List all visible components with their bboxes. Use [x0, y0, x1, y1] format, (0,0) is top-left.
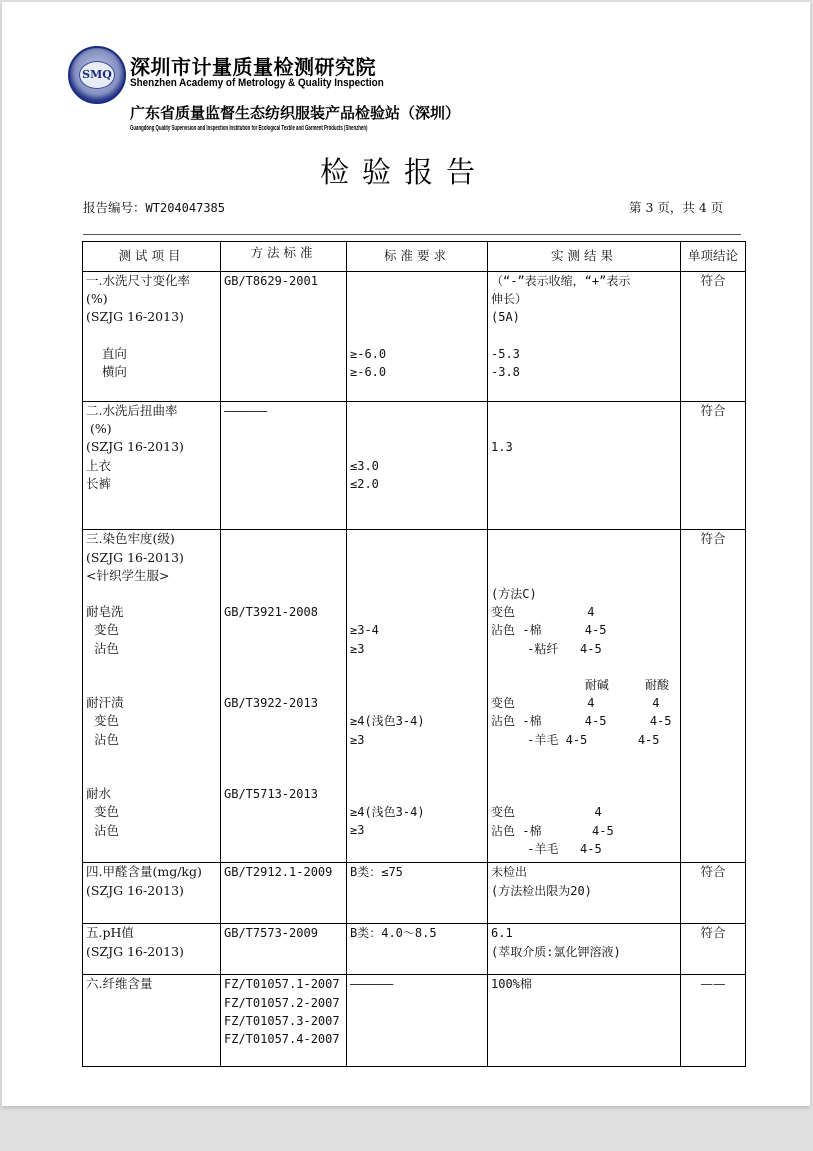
method-line: GB/T2912.1-2009	[224, 863, 343, 881]
method-line	[224, 640, 343, 658]
org-name-en: Shenzhen Academy of Metrology & Quality …	[130, 77, 384, 89]
requirement-line: ≥4(浅色3-4)	[350, 712, 484, 730]
requirement-line: ≤3.0	[350, 457, 484, 475]
method-line	[224, 549, 343, 567]
test-item-cell: 三.染色牢度(级)(SZJG 16-2013)<针织学生服>耐皂洗 变色 沾色耐…	[83, 530, 221, 863]
station-name-en: Guangdong Quality Supervision and Inspec…	[130, 125, 367, 132]
test-item-line	[86, 749, 217, 767]
report-number: 报告编号：WT204047385	[83, 198, 225, 216]
result-line: (方法C)	[491, 585, 677, 603]
method-line	[224, 749, 343, 767]
result-line: (萃取介质:氯化钾溶液)	[491, 943, 677, 961]
method-line: FZ/T01057.1-2007	[224, 975, 343, 993]
test-item-line	[86, 767, 217, 785]
method-line	[224, 530, 343, 548]
conclusion-text: 符合	[684, 272, 742, 290]
logo-text: SMQ	[79, 61, 115, 89]
requirement-line: ≥3	[350, 640, 484, 658]
requirement-cell: ≥3-4≥3≥4(浅色3-4)≥3≥4(浅色3-4)≥3	[347, 530, 488, 863]
result-line: 变色 4 4	[491, 694, 677, 712]
method-cell: ——————	[221, 402, 347, 530]
test-item-line	[86, 1012, 217, 1030]
test-item-line: 变色	[86, 621, 217, 639]
method-line: GB/T8629-2001	[224, 272, 343, 290]
test-item-line: (SZJG 16-2013)	[86, 308, 217, 326]
method-line	[224, 712, 343, 730]
method-line	[224, 621, 343, 639]
test-item-line: 四.甲醛含量(mg/kg)	[86, 863, 217, 881]
test-item-line	[86, 585, 217, 603]
conclusion-cell: 符合	[681, 530, 746, 863]
smq-logo-icon: SMQ	[68, 46, 126, 104]
method-line: GB/T7573-2009	[224, 924, 343, 942]
result-cell: 未检出(方法检出限为20)	[488, 863, 681, 924]
requirement-line: B类：≤75	[350, 863, 484, 881]
result-line: 沾色 -棉 4-5	[491, 822, 677, 840]
header-result: 实测结果	[488, 242, 681, 272]
test-item-line	[86, 994, 217, 1012]
result-line: -羊毛 4-5 4-5	[491, 731, 677, 749]
conclusion-cell: 符合	[681, 924, 746, 975]
test-item-line	[86, 381, 217, 399]
test-item-line: 沾色	[86, 731, 217, 749]
table-header-row: 测试项目 方法标准 标准要求 实测结果 单项结论	[83, 242, 746, 272]
table-row-spirality: 二.水洗后扭曲率 (%)(SZJG 16-2013)上衣长裤——————≤3.0…	[83, 402, 746, 530]
page-info: 第 3 页，共 4 页	[629, 198, 723, 216]
test-item-line: <针织学生服>	[86, 567, 217, 585]
report-page: SMQ 深圳市计量质量检测研究院 Shenzhen Academy of Met…	[2, 2, 810, 1106]
test-item-line	[86, 1048, 217, 1066]
requirement-line: ≥3-4	[350, 621, 484, 639]
test-item-line: 六.纤维含量	[86, 975, 217, 993]
method-line	[224, 567, 343, 585]
method-cell: GB/T2912.1-2009	[221, 863, 347, 924]
method-line: FZ/T01057.2-2007	[224, 994, 343, 1012]
test-item-line	[86, 1030, 217, 1048]
result-line: 1.3	[491, 438, 677, 456]
requirement-line	[350, 658, 484, 676]
test-item-cell: 六.纤维含量	[83, 975, 221, 1067]
requirement-line	[350, 290, 484, 308]
conclusion-text: 符合	[684, 924, 742, 942]
result-line	[491, 785, 677, 803]
result-line	[491, 420, 677, 438]
requirement-line	[350, 785, 484, 803]
result-cell: (方法C)变色 4沾色 -棉 4-5 -粘纤 4-5 耐碱 耐酸变色 4 4沾色…	[488, 530, 681, 863]
requirement-line: ——————	[350, 975, 484, 993]
requirement-line	[350, 420, 484, 438]
test-item-line: (%)	[86, 290, 217, 308]
test-item-line: (%)	[86, 420, 217, 438]
test-item-line: 沾色	[86, 822, 217, 840]
result-line	[491, 549, 677, 567]
requirement-line	[350, 694, 484, 712]
result-line	[491, 749, 677, 767]
conclusion-text: 符合	[684, 402, 742, 420]
page-title: 检验报告	[320, 150, 488, 191]
test-item-cell: 五.pH值(SZJG 16-2013)	[83, 924, 221, 975]
result-line: 变色 4	[491, 603, 677, 621]
result-line	[491, 767, 677, 785]
method-line	[224, 676, 343, 694]
test-item-line: 五.pH值	[86, 924, 217, 942]
test-item-line: 沾色	[86, 640, 217, 658]
result-line: （“-”表示收缩，“+”表示	[491, 272, 677, 290]
requirement-cell: ≥-6.0≥-6.0	[347, 272, 488, 402]
method-line: GB/T5713-2013	[224, 785, 343, 803]
method-line: FZ/T01057.3-2007	[224, 1012, 343, 1030]
requirement-line	[350, 438, 484, 456]
result-line: (方法检出限为20)	[491, 882, 677, 900]
test-item-line: 直向	[86, 345, 217, 363]
requirement-line: ≥-6.0	[350, 345, 484, 363]
result-line	[491, 327, 677, 345]
test-item-line: 横向	[86, 363, 217, 381]
test-item-line: (SZJG 16-2013)	[86, 882, 217, 900]
requirement-line	[350, 676, 484, 694]
method-line	[224, 730, 343, 748]
requirement-cell: B类：≤75	[347, 863, 488, 924]
test-item-line	[86, 900, 217, 918]
test-item-line: 变色	[86, 803, 217, 821]
test-item-line	[86, 511, 217, 529]
requirement-line	[350, 767, 484, 785]
header-conclusion: 单项结论	[681, 242, 746, 272]
requirement-line: ≥-6.0	[350, 363, 484, 381]
table-row-color-fastness: 三.染色牢度(级)(SZJG 16-2013)<针织学生服>耐皂洗 变色 沾色耐…	[83, 530, 746, 863]
test-item-line: (SZJG 16-2013)	[86, 549, 217, 567]
requirement-line	[350, 308, 484, 326]
requirement-line	[350, 272, 484, 290]
test-item-line	[86, 840, 217, 858]
result-line	[491, 658, 677, 676]
conclusion-cell: 符合	[681, 402, 746, 530]
result-line: 100%棉	[491, 975, 677, 993]
result-line: -羊毛 4-5	[491, 840, 677, 858]
result-line: 变色 4	[491, 803, 677, 821]
method-line	[224, 767, 343, 785]
header-test-item: 测试项目	[83, 242, 221, 272]
result-cell: 100%棉	[488, 975, 681, 1067]
method-line: ——————	[224, 402, 343, 420]
test-item-line	[86, 658, 217, 676]
method-cell: GB/T8629-2001	[221, 272, 347, 402]
result-line: 沾色 -棉 4-5 4-5	[491, 712, 677, 730]
method-line: FZ/T01057.4-2007	[224, 1030, 343, 1048]
header-method-standard: 方法标准	[221, 242, 347, 272]
result-line: 伸长）	[491, 290, 677, 308]
requirement-line	[350, 530, 484, 548]
result-line: 沾色 -棉 4-5	[491, 621, 677, 639]
method-line	[224, 585, 343, 603]
method-cell: GB/T3921-2008GB/T3922-2013GB/T5713-2013	[221, 530, 347, 863]
requirement-cell: B类：4.0～8.5	[347, 924, 488, 975]
test-item-line: 耐水	[86, 785, 217, 803]
requirement-line: ≥3	[350, 821, 484, 839]
requirement-line	[350, 549, 484, 567]
requirement-cell: ≤3.0≤2.0	[347, 402, 488, 530]
station-name-cn: 广东省质量监督生态纺织服装产品检验站（深圳）	[130, 102, 460, 123]
report-number-label: 报告编号：	[83, 200, 146, 215]
result-line: -5.3	[491, 345, 677, 363]
result-line: 未检出	[491, 863, 677, 881]
result-line	[491, 402, 677, 420]
result-line: -3.8	[491, 363, 677, 381]
test-item-cell: 四.甲醛含量(mg/kg)(SZJG 16-2013)	[83, 863, 221, 924]
test-item-line	[86, 327, 217, 345]
requirement-line	[350, 749, 484, 767]
test-item-cell: 二.水洗后扭曲率 (%)(SZJG 16-2013)上衣长裤	[83, 402, 221, 530]
requirement-line	[350, 327, 484, 345]
requirement-line: ≥4(浅色3-4)	[350, 803, 484, 821]
result-cell: （“-”表示收缩，“+”表示伸长）(5A)-5.3-3.8	[488, 272, 681, 402]
table-row-dimensional-change: 一.水洗尺寸变化率(%)(SZJG 16-2013) 直向 横向GB/T8629…	[83, 272, 746, 402]
test-item-line: 一.水洗尺寸变化率	[86, 272, 217, 290]
method-line: GB/T3922-2013	[224, 694, 343, 712]
requirement-line: ≤2.0	[350, 475, 484, 493]
conclusion-text: 符合	[684, 530, 742, 548]
test-item-line: 变色	[86, 712, 217, 730]
conclusion-cell: 符合	[681, 863, 746, 924]
result-line: 6.1	[491, 924, 677, 942]
conclusion-cell: 符合	[681, 272, 746, 402]
table-row-ph-value: 五.pH值(SZJG 16-2013)GB/T7573-2009B类：4.0～8…	[83, 924, 746, 975]
conclusion-text: 符合	[684, 863, 742, 881]
method-cell: FZ/T01057.1-2007FZ/T01057.2-2007FZ/T0105…	[221, 975, 347, 1067]
header-divider	[83, 234, 741, 235]
result-cell: 1.3	[488, 402, 681, 530]
method-line	[224, 658, 343, 676]
test-item-line: 耐皂洗	[86, 603, 217, 621]
requirement-line: B类：4.0～8.5	[350, 924, 484, 942]
test-item-line: 上衣	[86, 457, 217, 475]
test-item-line	[86, 676, 217, 694]
method-cell: GB/T7573-2009	[221, 924, 347, 975]
report-number-value: WT204047385	[146, 201, 225, 215]
test-results-table: 测试项目 方法标准 标准要求 实测结果 单项结论 一.水洗尺寸变化率(%)(SZ…	[82, 241, 746, 1067]
result-line	[491, 530, 677, 548]
requirement-line: ≥3	[350, 731, 484, 749]
test-item-line: 耐汗渍	[86, 694, 217, 712]
requirement-line	[350, 585, 484, 603]
test-item-line	[86, 493, 217, 511]
table-row-formaldehyde: 四.甲醛含量(mg/kg)(SZJG 16-2013)GB/T2912.1-20…	[83, 863, 746, 924]
org-name-cn: 深圳市计量质量检测研究院	[130, 51, 376, 80]
method-line: GB/T3921-2008	[224, 603, 343, 621]
table-row-fiber-content: 六.纤维含量FZ/T01057.1-2007FZ/T01057.2-2007FZ…	[83, 975, 746, 1067]
result-line: 耐碱 耐酸	[491, 676, 677, 694]
requirement-cell: ——————	[347, 975, 488, 1067]
test-item-line: 二.水洗后扭曲率	[86, 402, 217, 420]
result-cell: 6.1(萃取介质:氯化钾溶液)	[488, 924, 681, 975]
conclusion-text: ——	[684, 975, 742, 993]
result-line: (5A)	[491, 308, 677, 326]
test-item-line: (SZJG 16-2013)	[86, 943, 217, 961]
requirement-line	[350, 402, 484, 420]
header-requirement: 标准要求	[347, 242, 488, 272]
result-line	[491, 567, 677, 585]
requirement-line	[350, 567, 484, 585]
test-item-line: 三.染色牢度(级)	[86, 530, 217, 548]
test-item-line: (SZJG 16-2013)	[86, 438, 217, 456]
test-item-cell: 一.水洗尺寸变化率(%)(SZJG 16-2013) 直向 横向	[83, 272, 221, 402]
result-line: -粘纤 4-5	[491, 640, 677, 658]
test-item-line: 长裤	[86, 475, 217, 493]
conclusion-cell: ——	[681, 975, 746, 1067]
requirement-line	[350, 603, 484, 621]
